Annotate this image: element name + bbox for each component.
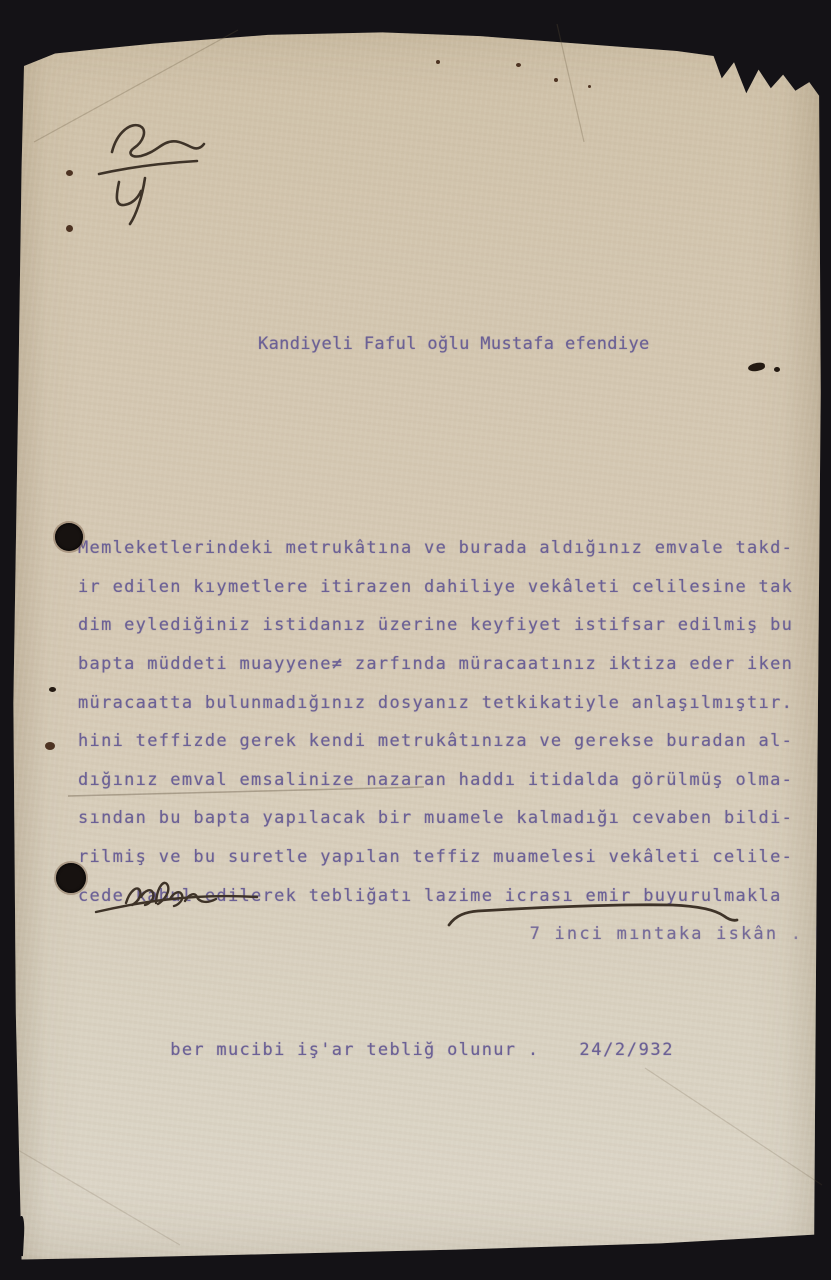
- body-line: hini teffizde gerek kendi metrukâtınıza …: [78, 722, 793, 761]
- body-line: sından bu bapta yapılacak bir muamele ka…: [78, 799, 793, 838]
- top-left-mark-text: 2e: [6, 20, 7, 21]
- letter-body: Memleketlerindeki metrukâtına ve burada …: [78, 452, 793, 1108]
- paper-speck: [45, 742, 55, 750]
- footer-line: 7 inci mıntaka iskân . MD.: [455, 904, 831, 964]
- punch-hole: [55, 523, 83, 551]
- signature-text: Hulus: [6, 20, 7, 21]
- paper-speck: [588, 85, 591, 88]
- body-line: rilmiş ve bu suretle yapılan teffiz muam…: [78, 838, 793, 877]
- paper-speck: [436, 60, 440, 64]
- paper-speck: [49, 687, 56, 692]
- footer-md-text: . MD.: [778, 924, 831, 944]
- top-left-number-text: 4: [6, 20, 7, 21]
- body-line: ir edilen kıymetlere itirazen dahiliye v…: [78, 568, 793, 607]
- paper-speck: [554, 78, 558, 82]
- closing-text: ber mucibi iş'ar tebliğ olunur .: [170, 1040, 539, 1060]
- body-line: dığınız emval emsalinize nazaran haddı i…: [78, 761, 793, 800]
- paper-speck: [748, 362, 766, 372]
- paper-speck: [774, 367, 780, 372]
- scanned-document: Kandiyeli Faful oğlu Mustafa efendiye Me…: [0, 0, 831, 1280]
- body-lines: Memleketlerindeki metrukâtına ve burada …: [78, 529, 793, 915]
- paper-speck: [66, 170, 73, 176]
- footer-struck-text: 7 inci mıntaka iskân: [530, 924, 779, 944]
- paper-speck: [516, 63, 521, 67]
- body-line: müracaatta bulunmadığınız dosyanız tetki…: [78, 684, 793, 723]
- body-line: dim eylediğiniz istidanız üzerine keyfiy…: [78, 606, 793, 645]
- closing-line: ber mucibi iş'ar tebliğ olunur .24/2/932: [78, 992, 793, 1031]
- paper-speck: [66, 225, 73, 232]
- body-line: bapta müddeti muayyene≠ zarfında müracaa…: [78, 645, 793, 684]
- punch-hole: [56, 863, 86, 893]
- date: 24/2/932: [579, 1031, 674, 1070]
- recipient-line: Kandiyeli Faful oğlu Mustafa efendiye: [258, 334, 650, 354]
- document-page: Kandiyeli Faful oğlu Mustafa efendiye Me…: [6, 20, 824, 1262]
- body-line: Memleketlerindeki metrukâtına ve burada …: [78, 529, 793, 568]
